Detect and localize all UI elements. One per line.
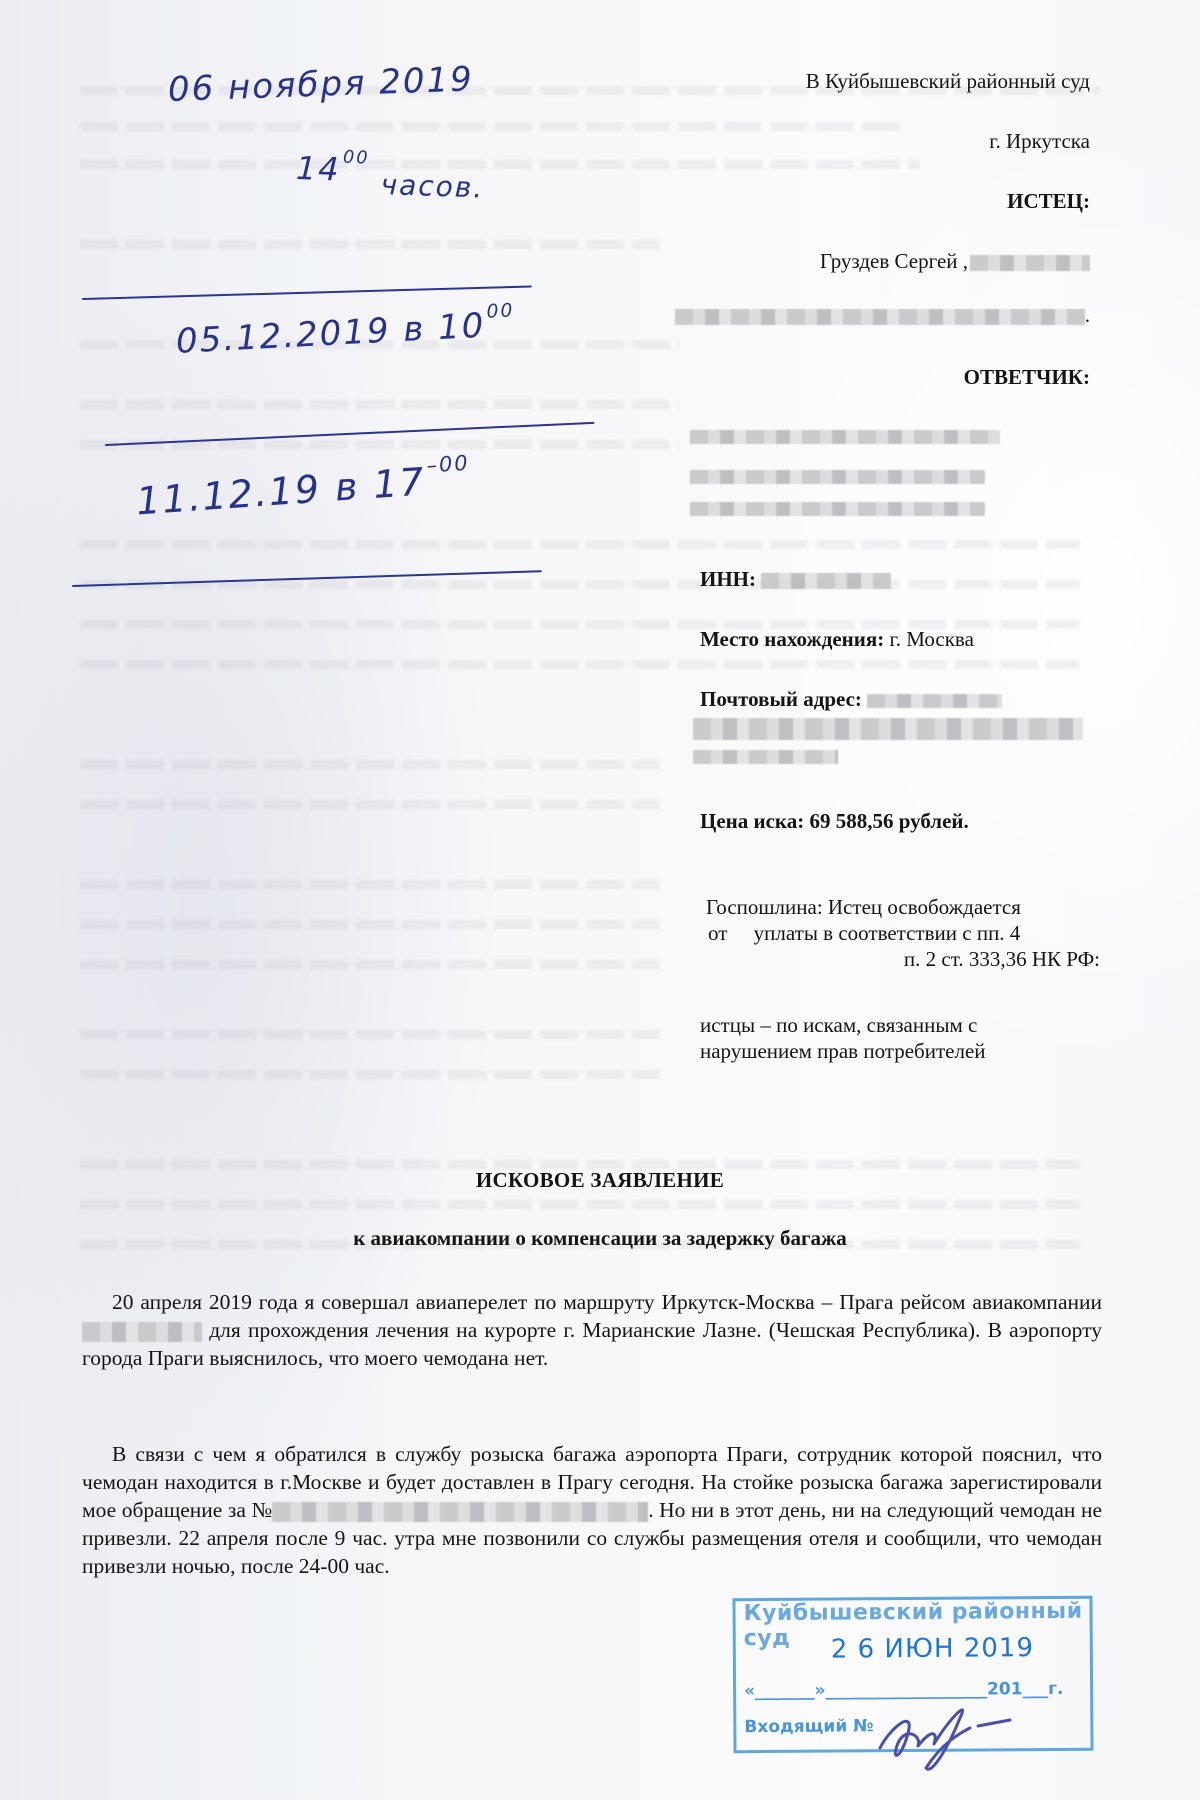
plaintiff-name: Груздев Сергей , bbox=[820, 249, 968, 273]
bleed-through-text bbox=[80, 1200, 1080, 1209]
location-row: Место нахождения: г. Москва bbox=[700, 626, 974, 652]
bleed-through-text bbox=[80, 540, 1080, 549]
redacted-postal-2 bbox=[693, 718, 1083, 764]
claim-price: Цена иска: 69 588,56 рублей. bbox=[700, 808, 969, 834]
postal-row: Почтовый адрес: bbox=[700, 686, 1002, 712]
handwritten-time-1: 1400 часов. bbox=[295, 146, 485, 194]
body-paragraph-1: 20 апреля 2019 года я совершал авиаперел… bbox=[82, 1288, 1102, 1372]
inn-label: ИНН: bbox=[700, 567, 756, 591]
location-value: г. Москва bbox=[884, 627, 974, 651]
plaintiff-address-row: . bbox=[675, 302, 1090, 328]
redacted-inn bbox=[761, 573, 891, 589]
document-page: В Куйбышевский районный суд г. Иркутска … bbox=[0, 0, 1200, 1800]
state-fee-note: истцы – по искам, связанным с нарушением… bbox=[700, 1012, 986, 1064]
bleed-through-text bbox=[80, 920, 660, 929]
bleed-through-text bbox=[80, 1070, 660, 1079]
plaintiff-label: ИСТЕЦ: bbox=[1007, 188, 1090, 214]
location-label: Место нахождения: bbox=[700, 627, 884, 651]
state-fee-line3: п. 2 ст. 333,36 НК РФ: bbox=[700, 946, 1100, 972]
handwritten-date-2-minutes: 00 bbox=[486, 300, 515, 322]
state-fee-block: Госпошлина: Истец освобождается от уплат… bbox=[700, 894, 1100, 972]
redacted-patronymic bbox=[970, 255, 1090, 271]
p1-text-b: для прохождения лечения на курорте г. Ма… bbox=[82, 1318, 1102, 1370]
document-subtitle: к авиакомпании о компенсации за задержку… bbox=[0, 1226, 1200, 1251]
state-fee-line2: от уплаты в соответствии с пп. 4 bbox=[708, 920, 1100, 946]
bleed-through-text bbox=[80, 660, 1080, 669]
redacted-plaintiff-address bbox=[675, 309, 1085, 325]
handwritten-underline bbox=[82, 285, 532, 300]
bleed-through-text bbox=[80, 880, 660, 889]
handwritten-date-2: 05.12.2019 в 1000 bbox=[175, 300, 516, 362]
court-city: г. Иркутска bbox=[989, 128, 1090, 154]
inn-row: ИНН: bbox=[700, 566, 891, 592]
redacted-airline bbox=[82, 1322, 202, 1342]
postal-label: Почтовый адрес: bbox=[700, 687, 862, 711]
handwritten-date-1: 06 ноября 2019 bbox=[167, 59, 474, 110]
redacted-claim-number bbox=[272, 1502, 648, 1522]
address-period: . bbox=[1085, 303, 1090, 327]
court-name: В Куйбышевский районный суд bbox=[806, 68, 1090, 94]
bleed-through-text bbox=[80, 400, 680, 409]
bleed-through-text bbox=[80, 960, 660, 969]
state-fee-note1: истцы – по искам, связанным с bbox=[700, 1012, 986, 1038]
state-fee-line1: Госпошлина: Истец освобождается bbox=[706, 894, 1100, 920]
plaintiff-name-row: Груздев Сергей , bbox=[820, 248, 1090, 274]
defendant-label: ОТВЕТЧИК: bbox=[964, 364, 1090, 390]
bleed-through-text bbox=[80, 122, 900, 131]
stamp-incoming-number-label: Входящий № bbox=[744, 1716, 873, 1737]
bleed-through-text bbox=[80, 800, 660, 809]
state-fee-note2: нарушением прав потребителей bbox=[700, 1038, 986, 1064]
handwritten-hours-word: часов. bbox=[380, 168, 485, 205]
handwritten-minutes: 00 bbox=[343, 148, 370, 169]
signature-icon bbox=[860, 1688, 1020, 1778]
bleed-through-text bbox=[80, 760, 660, 769]
redacted-postal-1 bbox=[867, 694, 1002, 708]
body-paragraph-2: В связи с чем я обратился в службу розыс… bbox=[82, 1440, 1102, 1580]
bleed-through-text bbox=[80, 240, 660, 249]
document-title: ИСКОВОЕ ЗАЯВЛЕНИЕ bbox=[0, 1168, 1200, 1193]
bleed-through-text bbox=[80, 1030, 660, 1039]
redacted-defendant-name bbox=[690, 430, 1000, 516]
handwritten-date-3-text: 11.12.19 в 17 bbox=[135, 459, 428, 523]
p1-text-a: 20 апреля 2019 года я совершал авиаперел… bbox=[112, 1290, 1102, 1314]
bleed-through-text bbox=[80, 160, 920, 169]
handwritten-date-3-minutes: –00 bbox=[426, 451, 471, 478]
handwritten-date-3: 11.12.19 в 17–00 bbox=[134, 451, 472, 524]
stamp-date: 2 6 ИЮН 2019 bbox=[831, 1633, 1034, 1664]
handwritten-date-2-text: 05.12.2019 в 10 bbox=[175, 306, 486, 362]
handwritten-hour: 14 bbox=[295, 149, 341, 189]
